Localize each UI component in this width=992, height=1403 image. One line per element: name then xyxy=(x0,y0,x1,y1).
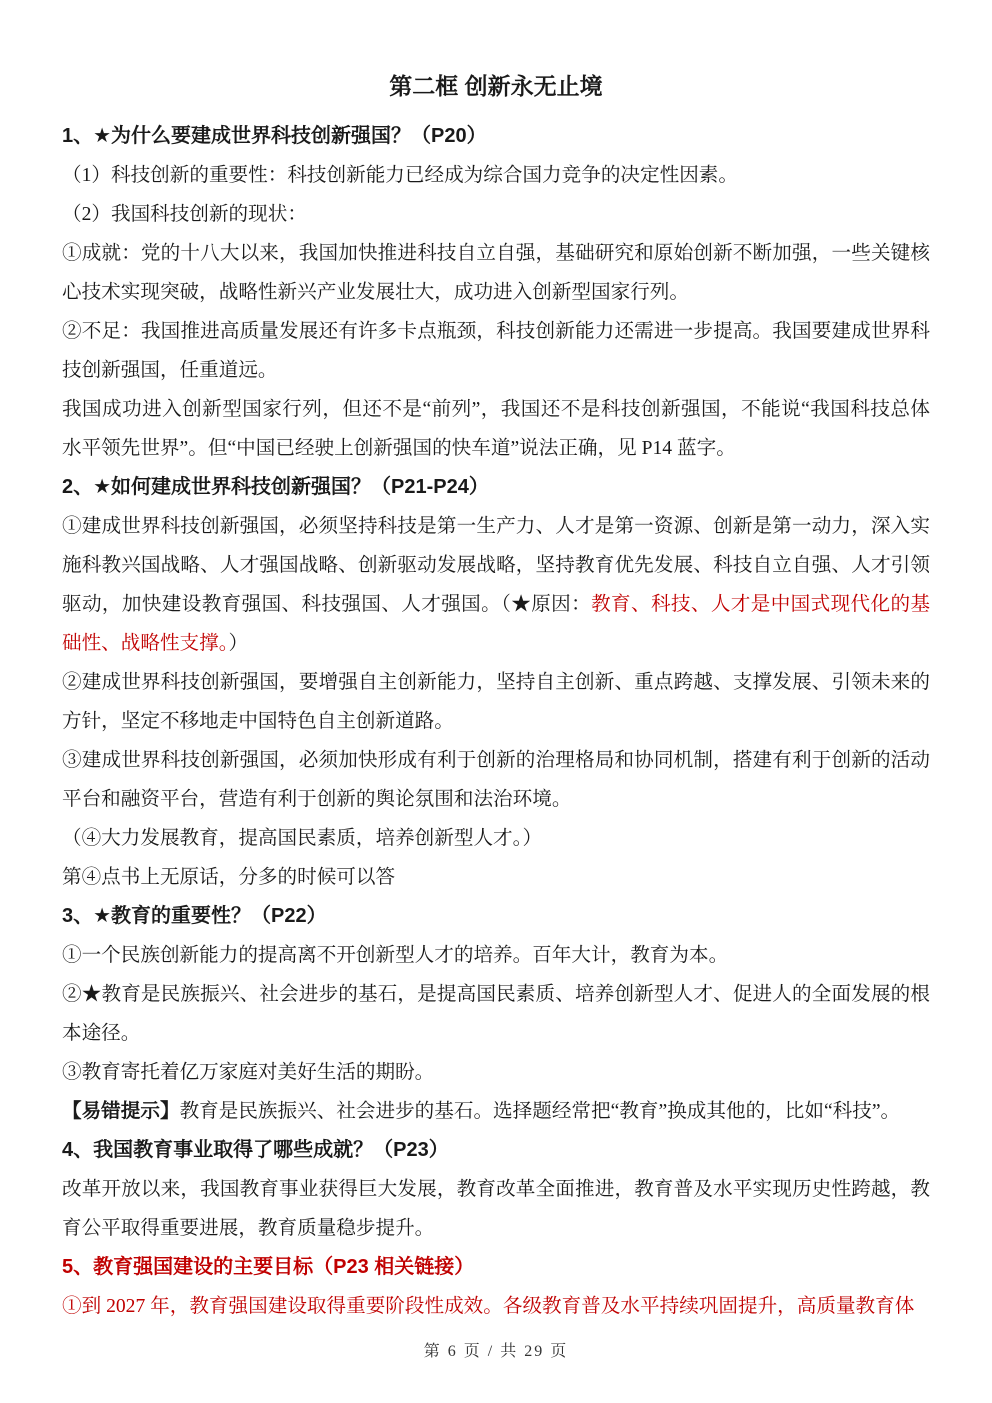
page-title: 第二框 创新永无止境 xyxy=(62,72,930,100)
paragraph: ③教育寄托着亿万家庭对美好生活的期盼。 xyxy=(62,1053,930,1092)
text-segment: 1、★为什么要建成世界科技创新强国？（P20） xyxy=(62,125,487,147)
text-segment: （1）科技创新的重要性：科技创新能力已经成为综合国力竞争的决定性因素。 xyxy=(62,165,738,186)
text-segment: 2、★如何建成世界科技创新强国？（P21-P24） xyxy=(62,476,489,498)
text-segment: ①成就：党的十八大以来，我国加快推进科技自立自强，基础研究和原始创新不断加强，一… xyxy=(62,243,930,303)
text-segment: 【易错提示】 xyxy=(62,1101,180,1122)
paragraph: （④大力发展教育，提高国民素质，培养创新型人才。） xyxy=(62,819,930,858)
section-heading: 4、我国教育事业取得了哪些成就？（P23） xyxy=(62,1131,930,1170)
text-segment: （2）我国科技创新的现状： xyxy=(62,204,307,225)
text-segment: ①一个民族创新能力的提高离不开创新型人才的培养。百年大计，教育为本。 xyxy=(62,945,728,966)
section-heading: 1、★为什么要建成世界科技创新强国？（P20） xyxy=(62,117,930,156)
paragraph: ①到 2027 年，教育强国建设取得重要阶段性成效。各级教育普及水平持续巩固提升… xyxy=(62,1287,930,1326)
page-footer: 第 6 页 / 共 29 页 xyxy=(0,1338,992,1361)
paragraph: 我国成功进入创新型国家行列，但还不是“前列”，我国还不是科技创新强国，不能说“我… xyxy=(62,390,930,468)
paragraph: ②建成世界科技创新强国，要增强自主创新能力，坚持自主创新、重点跨越、支撑发展、引… xyxy=(62,663,930,741)
text-segment: 5、教育强国建设的主要目标（P23 相关链接） xyxy=(62,1256,474,1278)
text-segment: ②★教育是民族振兴、社会进步的基石，是提高国民素质、培养创新型人才、促进人的全面… xyxy=(62,984,930,1044)
text-segment: ③建成世界科技创新强国，必须加快形成有利于创新的治理格局和协同机制，搭建有利于创… xyxy=(62,750,930,810)
text-segment: ③教育寄托着亿万家庭对美好生活的期盼。 xyxy=(62,1062,434,1083)
text-segment: 改革开放以来，我国教育事业获得巨大发展，教育改革全面推进，教育普及水平实现历史性… xyxy=(62,1179,930,1239)
section-heading: 5、教育强国建设的主要目标（P23 相关链接） xyxy=(62,1248,930,1287)
text-segment: 3、★教育的重要性？（P22） xyxy=(62,905,327,927)
paragraph: ①成就：党的十八大以来，我国加快推进科技自立自强，基础研究和原始创新不断加强，一… xyxy=(62,234,930,312)
paragraph: ①建成世界科技创新强国，必须坚持科技是第一生产力、人才是第一资源、创新是第一动力… xyxy=(62,507,930,663)
text-segment: 4、我国教育事业取得了哪些成就？（P23） xyxy=(62,1139,449,1161)
text-segment: ） xyxy=(229,633,249,654)
paragraph: ①一个民族创新能力的提高离不开创新型人才的培养。百年大计，教育为本。 xyxy=(62,936,930,975)
text-segment: 教育是民族振兴、社会进步的基石。选择题经常把“教育”换成其他的，比如“科技”。 xyxy=(180,1101,901,1122)
paragraph: 改革开放以来，我国教育事业获得巨大发展，教育改革全面推进，教育普及水平实现历史性… xyxy=(62,1170,930,1248)
section-heading: 2、★如何建成世界科技创新强国？（P21-P24） xyxy=(62,468,930,507)
paragraph: （2）我国科技创新的现状： xyxy=(62,195,930,234)
paragraph: ③建成世界科技创新强国，必须加快形成有利于创新的治理格局和协同机制，搭建有利于创… xyxy=(62,741,930,819)
paragraph: ②不足：我国推进高质量发展还有许多卡点瓶颈，科技创新能力还需进一步提高。我国要建… xyxy=(62,312,930,390)
section-heading: 3、★教育的重要性？（P22） xyxy=(62,897,930,936)
document-body: 1、★为什么要建成世界科技创新强国？（P20）（1）科技创新的重要性：科技创新能… xyxy=(62,117,930,1326)
text-segment: ①到 2027 年，教育强国建设取得重要阶段性成效。各级教育普及水平持续巩固提升… xyxy=(62,1296,914,1317)
text-segment: 第④点书上无原话，分多的时候可以答 xyxy=(62,867,395,888)
paragraph: 【易错提示】教育是民族振兴、社会进步的基石。选择题经常把“教育”换成其他的，比如… xyxy=(62,1092,930,1131)
document-page: 第二框 创新永无止境 1、★为什么要建成世界科技创新强国？（P20）（1）科技创… xyxy=(0,0,992,1403)
paragraph: （1）科技创新的重要性：科技创新能力已经成为综合国力竞争的决定性因素。 xyxy=(62,156,930,195)
text-segment: ②不足：我国推进高质量发展还有许多卡点瓶颈，科技创新能力还需进一步提高。我国要建… xyxy=(62,321,930,381)
paragraph: ②★教育是民族振兴、社会进步的基石，是提高国民素质、培养创新型人才、促进人的全面… xyxy=(62,975,930,1053)
text-segment: 我国成功进入创新型国家行列，但还不是“前列”，我国还不是科技创新强国，不能说“我… xyxy=(62,399,930,459)
text-segment: ②建成世界科技创新强国，要增强自主创新能力，坚持自主创新、重点跨越、支撑发展、引… xyxy=(62,672,930,732)
paragraph: 第④点书上无原话，分多的时候可以答 xyxy=(62,858,930,897)
text-segment: （④大力发展教育，提高国民素质，培养创新型人才。） xyxy=(62,828,542,849)
